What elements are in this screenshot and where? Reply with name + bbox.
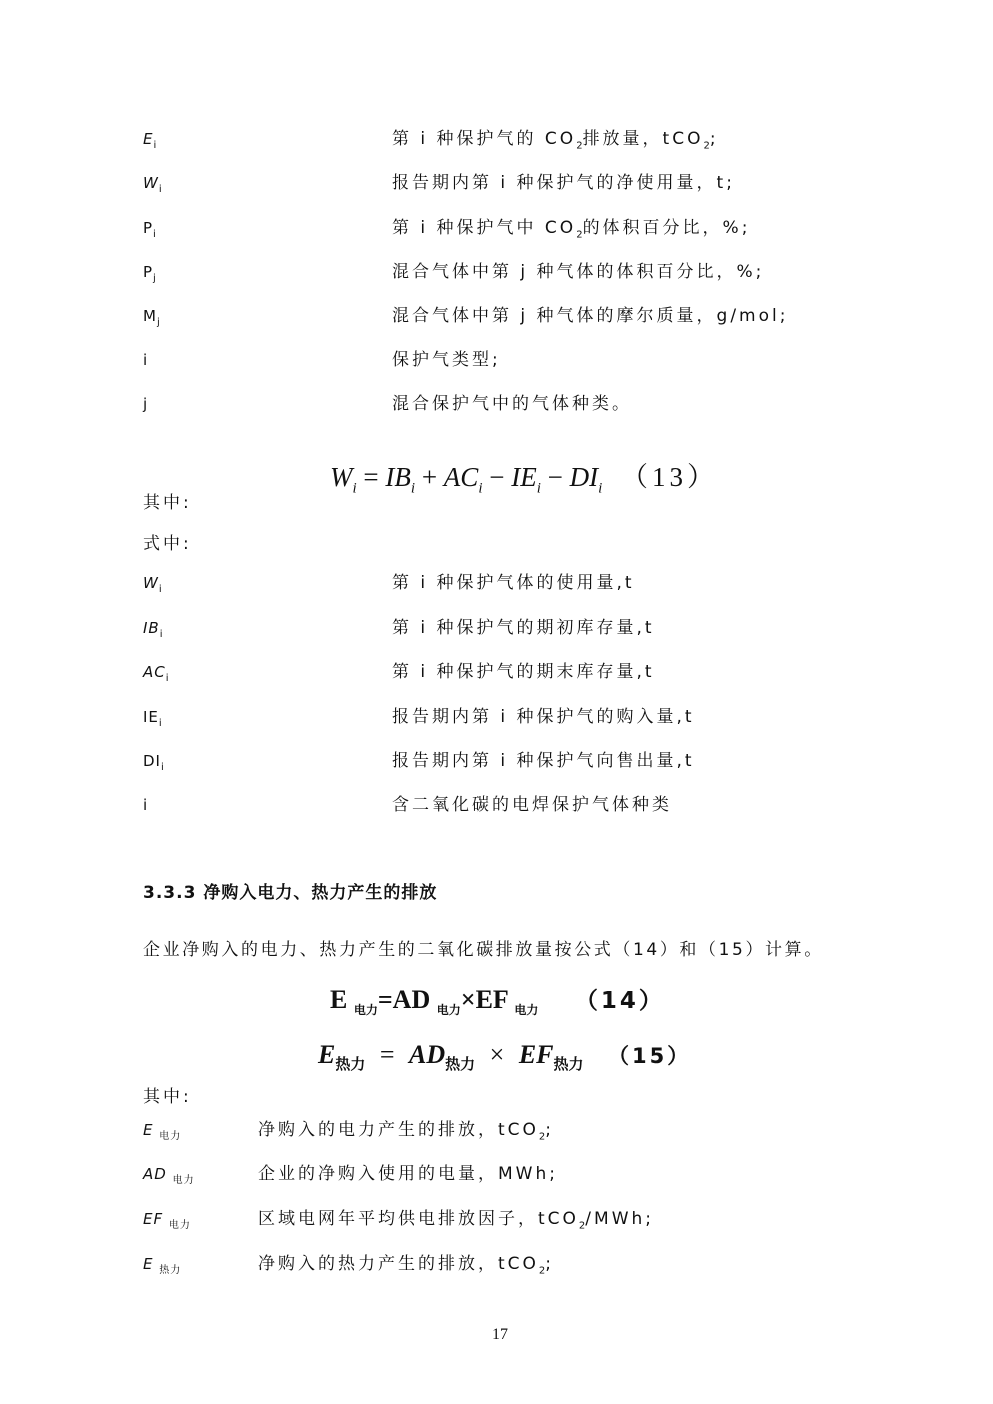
definition-text: 净购入的热力产生的排放，tCO2;: [258, 1253, 554, 1282]
symbol: Wi: [143, 172, 163, 201]
definition-text: 报告期内第 i 种保护气的购入量,t: [392, 706, 695, 728]
symbol: Mj: [143, 305, 161, 334]
symbol: Pi: [143, 217, 157, 246]
symbol: IBi: [143, 617, 164, 646]
definition-text: 混合气体中第 j 种气体的摩尔质量，g/mol;: [392, 305, 788, 327]
equation-15: E热力 = AD热力 × EF热力 （15）: [318, 1040, 691, 1074]
definition-text: 净购入的电力产生的排放，tCO2;: [258, 1119, 554, 1148]
definition-text: 含二氧化碳的电焊保护气体种类: [392, 794, 672, 816]
definition-text: 第 i 种保护气的期末库存量,t: [392, 661, 655, 683]
label-shizhong: 式中:: [143, 529, 192, 554]
body-paragraph: 企业净购入的电力、热力产生的二氧化碳排放量按公式（14）和（15）计算。: [143, 935, 824, 960]
symbol: Wi: [143, 572, 163, 601]
definition-text: 第 i 种保护气中 CO2的体积百分比，%;: [392, 217, 750, 246]
definition-text: 报告期内第 i 种保护气的净使用量，t;: [392, 172, 735, 194]
symbol: DIi: [143, 750, 165, 779]
definition-text: 区域电网年平均供电排放因子，tCO2/MWh;: [258, 1208, 654, 1237]
equation-number: （15）: [608, 1044, 691, 1068]
equation-number: （14）: [575, 988, 665, 1014]
equation-13: Wi = IBi + ACi − IEi − DIi （13）: [330, 455, 718, 497]
definition-text: 混合气体中第 j 种气体的体积百分比，%;: [392, 261, 764, 283]
document-page: Ei 第 i 种保护气的 CO2排放量，tCO2; Wi 报告期内第 i 种保护…: [0, 0, 993, 1404]
equation-number: （13）: [621, 462, 718, 492]
symbol: IEi: [143, 706, 163, 735]
label-qizhong: 其中:: [143, 488, 192, 513]
symbol: i: [143, 794, 148, 816]
definition-text: 第 i 种保护气体的使用量,t: [392, 572, 635, 594]
label-qizhong: 其中:: [143, 1082, 192, 1107]
definition-text: 报告期内第 i 种保护气向售出量,t: [392, 750, 695, 772]
definition-text: 第 i 种保护气的 CO2排放量，tCO2;: [392, 128, 719, 157]
symbol: Pj: [143, 261, 157, 290]
definition-text: 保护气类型;: [392, 349, 501, 371]
symbol: E 电力: [143, 1119, 181, 1148]
section-heading: 3.3.3 净购入电力、热力产生的排放: [143, 878, 437, 903]
symbol: j: [143, 393, 148, 415]
symbol: EF 电力: [143, 1208, 191, 1237]
symbol: E 热力: [143, 1253, 181, 1282]
equation-14: E 电力=AD 电力×EF 电力 （14）: [330, 982, 665, 1018]
symbol: Ei: [143, 128, 157, 157]
page-number: 17: [492, 1326, 508, 1344]
symbol: AD 电力: [143, 1163, 195, 1192]
definition-text: 混合保护气中的气体种类。: [392, 393, 632, 415]
symbol: ACi: [143, 661, 170, 690]
symbol: i: [143, 349, 148, 371]
definition-text: 第 i 种保护气的期初库存量,t: [392, 617, 655, 639]
definition-text: 企业的净购入使用的电量，MWh;: [258, 1163, 558, 1185]
